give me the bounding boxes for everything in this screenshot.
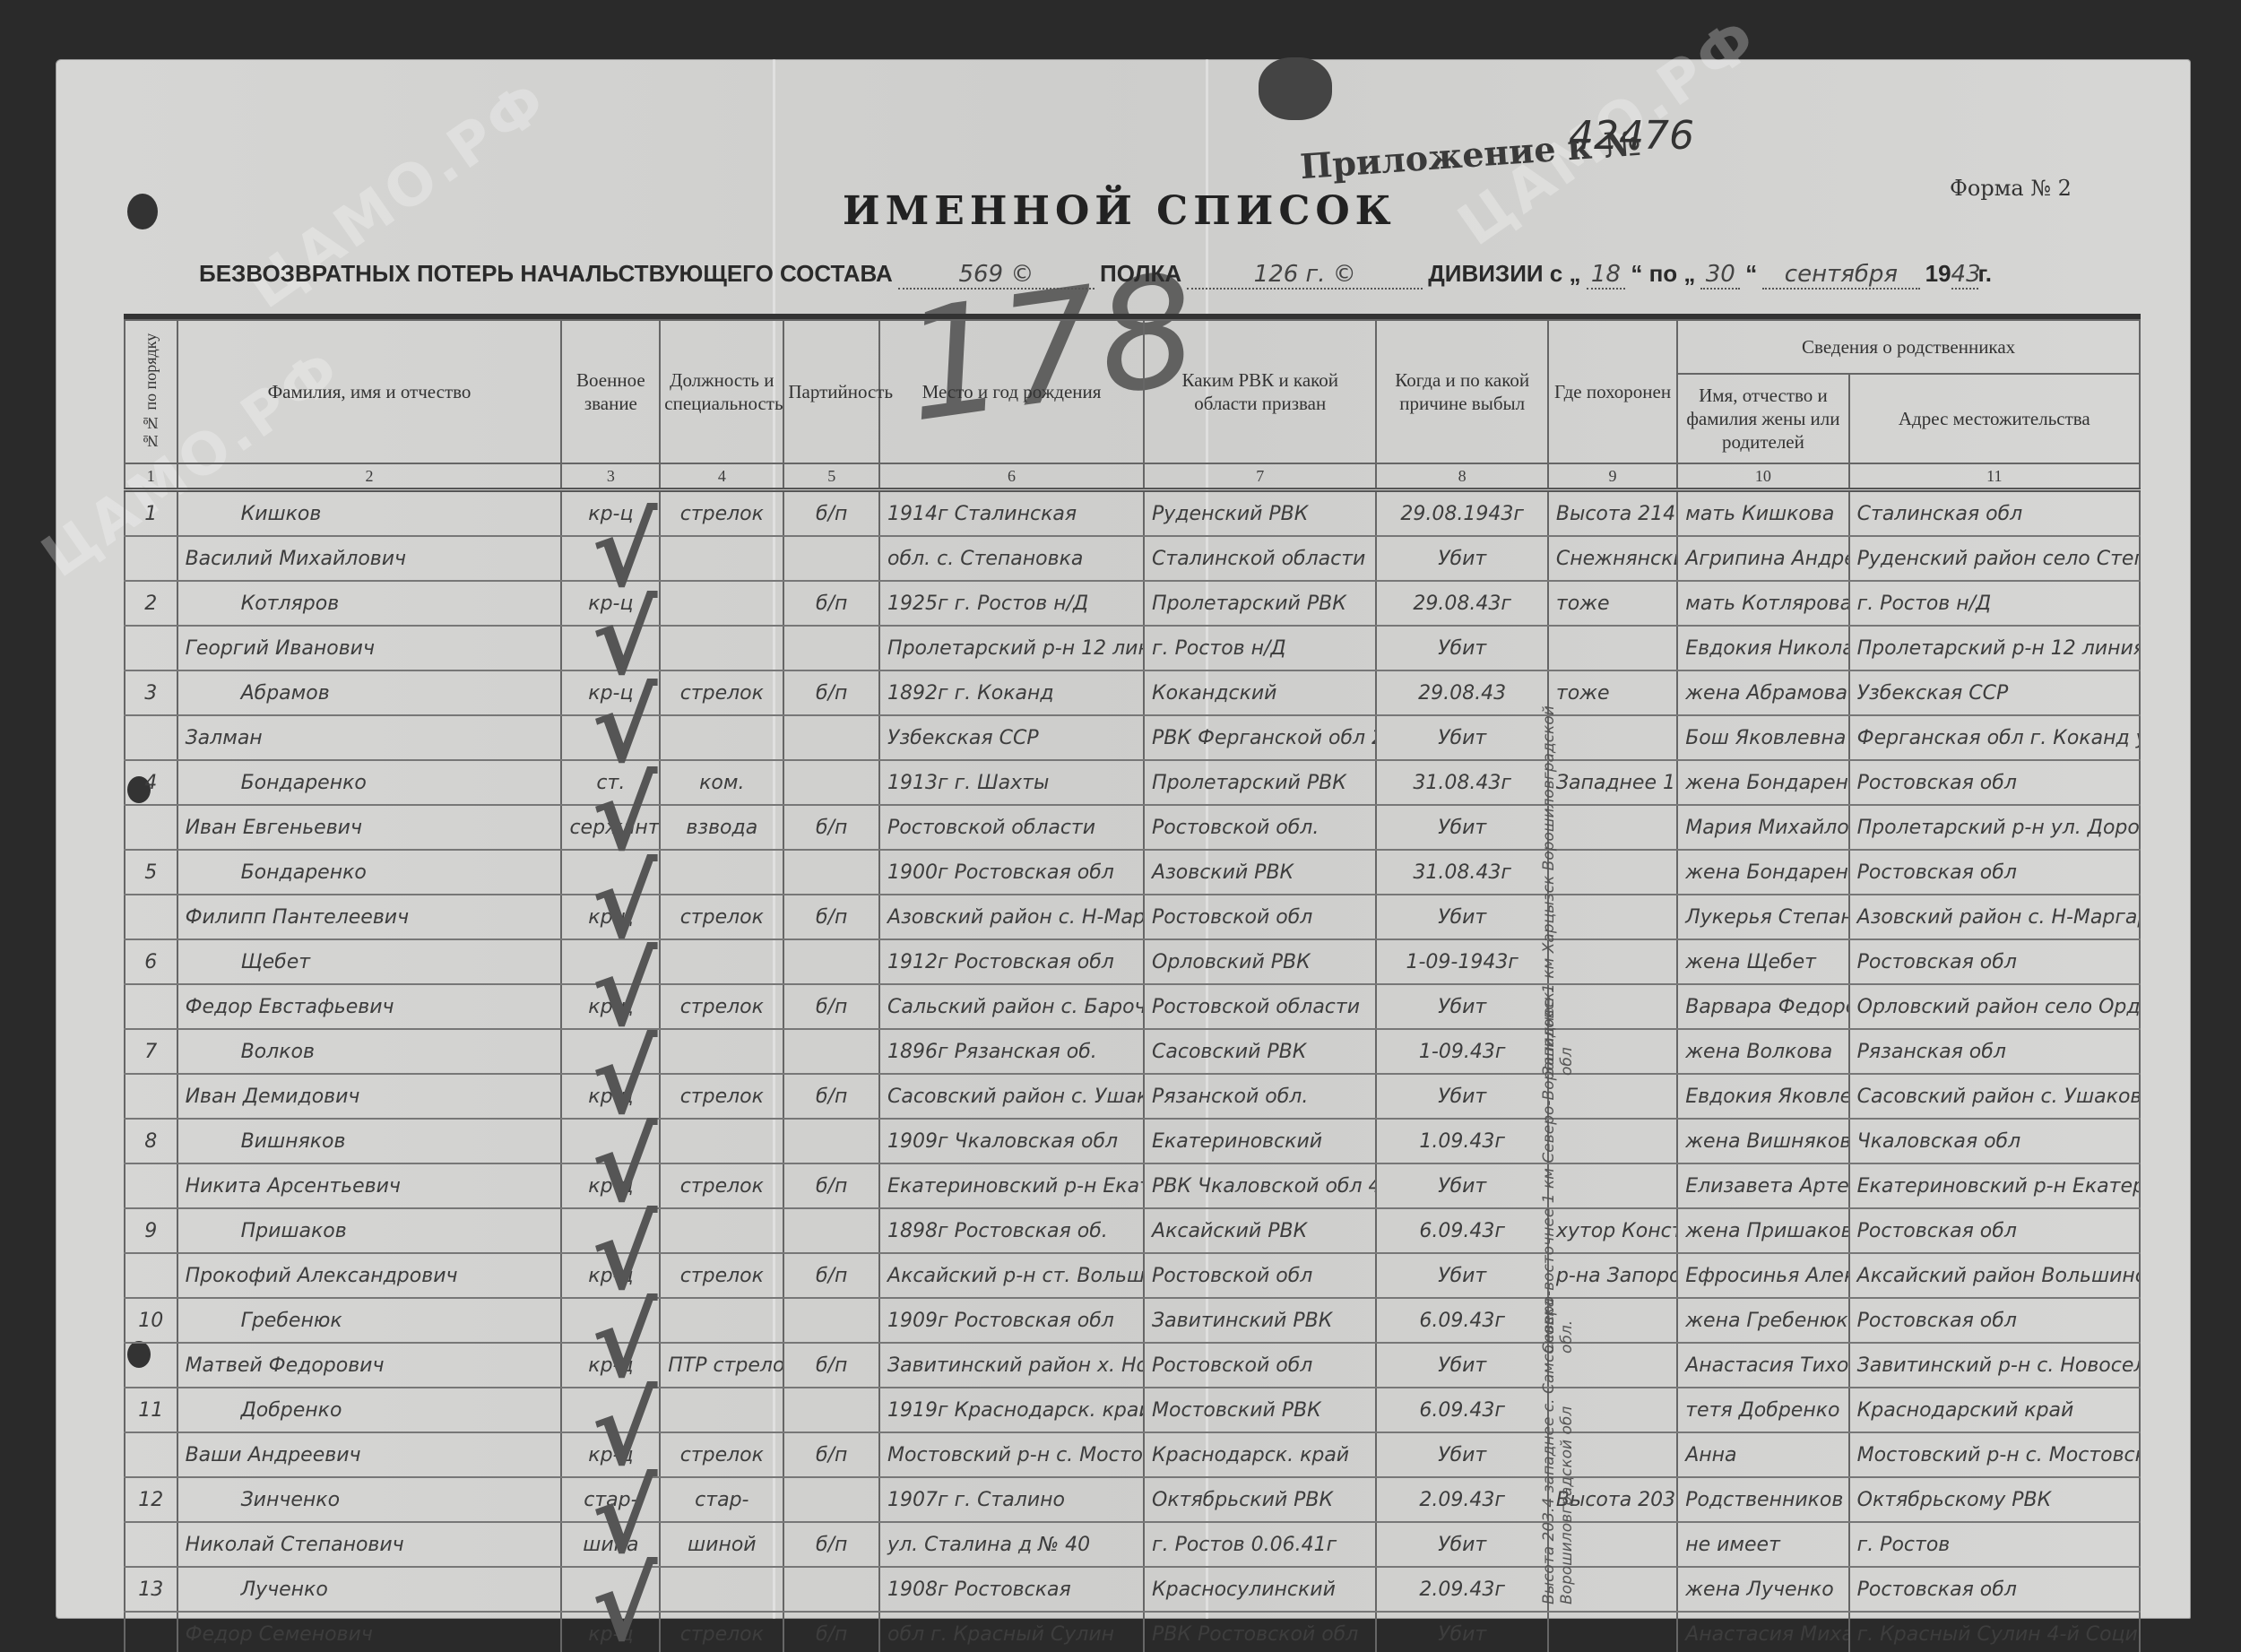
cell-date-cause: 29.08.43г — [1376, 581, 1547, 626]
cell-birth-place-year: 1913г г. Шахты — [879, 760, 1144, 805]
cell-row-number: 4 — [125, 760, 177, 805]
cell-relative-name: Агрипина Андреевна — [1677, 536, 1848, 581]
cell-birth-place-year: Узбекская ССР — [879, 715, 1144, 760]
cell-row-number: 3 — [125, 670, 177, 715]
col-header-name: Фамилия, имя и отчество — [177, 320, 562, 463]
cell-full-name: Никита Арсентьевич — [177, 1163, 562, 1208]
table-row: Матвей Федоровичкр-цПТР стрелокб/пЗавити… — [125, 1343, 2140, 1388]
stamp-number: 42476 — [1569, 113, 1694, 159]
col-num: 5 — [783, 463, 879, 490]
cell-row-number — [125, 1074, 177, 1119]
cell-party-membership — [783, 939, 879, 984]
cell-relative-address: Руденский район село Степановка — [1849, 536, 2140, 581]
cell-date-cause: 6.09.43г — [1376, 1388, 1547, 1432]
cell-full-name: Матвей Федорович — [177, 1343, 562, 1388]
cell-full-name: Вишняков — [177, 1119, 562, 1163]
cell-full-name: Абрамов — [177, 670, 562, 715]
cell-draft-office: Азовский РВК — [1144, 850, 1376, 895]
cell-row-number: 11 — [125, 1388, 177, 1432]
cell-party-membership — [783, 536, 879, 581]
cell-birth-place-year: 1896г Рязанская об. — [879, 1029, 1144, 1074]
table-row: Федор Евстафьевичкр-цстрелокб/пСальский … — [125, 984, 2140, 1029]
cell-draft-office: Екатериновский — [1144, 1119, 1376, 1163]
cell-relative-name: Евдокия Николаевна — [1677, 626, 1848, 670]
cell-relative-name: Бош Яковлевна — [1677, 715, 1848, 760]
cell-relative-name: жена Бондаренко — [1677, 850, 1848, 895]
cell-birth-place-year: Мостовский р-н с. Мостовское — [879, 1432, 1144, 1477]
col-num: 4 — [660, 463, 783, 490]
cell-date-cause: Убит — [1376, 536, 1547, 581]
cell-birth-place-year: 1909г Чкаловская обл — [879, 1119, 1144, 1163]
cell-party-membership: б/п — [783, 805, 879, 850]
cell-party-membership — [783, 1029, 879, 1074]
cell-party-membership: б/п — [783, 490, 879, 537]
col-header-buried: Где похоронен — [1548, 320, 1677, 463]
cell-draft-office: Мостовский РВК — [1144, 1388, 1376, 1432]
cell-party-membership — [783, 1388, 879, 1432]
table-row: 9Пришаков1898г Ростовская об.Аксайский Р… — [125, 1208, 2140, 1253]
cell-position: стрелок — [660, 490, 783, 537]
document-subtitle: БЕЗВОЗВРАТНЫХ ПОТЕРЬ НАЧАЛЬСТВУЮЩЕГО СОС… — [199, 260, 1992, 290]
cell-date-cause: 31.08.43г — [1376, 760, 1547, 805]
cell-relative-name: жена Щебет — [1677, 939, 1848, 984]
cell-party-membership: б/п — [783, 984, 879, 1029]
cell-birth-place-year: Сальский район с. Барочино — [879, 984, 1144, 1029]
col-num: 7 — [1144, 463, 1376, 490]
table-row: 4Бондаренкост.ком.1913г г. ШахтыПролетар… — [125, 760, 2140, 805]
regiment-field: 569 © — [898, 261, 1095, 290]
cell-relative-address: Ростовская обл — [1849, 850, 2140, 895]
cell-party-membership — [783, 1208, 879, 1253]
cell-party-membership: б/п — [783, 1612, 879, 1652]
cell-relative-name: жена Пришакова — [1677, 1208, 1848, 1253]
cell-position: стрелок — [660, 670, 783, 715]
cell-relative-address: Ростовская обл — [1849, 939, 2140, 984]
cell-position — [660, 939, 783, 984]
table-row: 5Бондаренко1900г Ростовская облАзовский … — [125, 850, 2140, 895]
cell-position — [660, 1029, 783, 1074]
cell-relative-address: Екатериновский р-н Екатериновка — [1849, 1163, 2140, 1208]
cell-relative-address: Пролетарский р-н ул. Дорожная — [1849, 805, 2140, 850]
cell-date-cause: Убит — [1376, 1253, 1547, 1298]
col-num: 8 — [1376, 463, 1547, 490]
cell-draft-office: Завитинский РВК — [1144, 1298, 1376, 1343]
cell-date-cause: 6.09.43г — [1376, 1298, 1547, 1343]
cell-date-cause: 6.09.43г — [1376, 1208, 1547, 1253]
cell-birth-place-year: Сасовский район с. Ушаково — [879, 1074, 1144, 1119]
cell-relative-name: мать Кишкова — [1677, 490, 1848, 537]
cell-relative-name: жена Волкова — [1677, 1029, 1848, 1074]
table-row: Федор Семеновичкр-цстрелокб/побл г. Крас… — [125, 1612, 2140, 1652]
cell-draft-office: г. Ростов 0.06.41г — [1144, 1522, 1376, 1567]
cell-date-cause: Убит — [1376, 1343, 1547, 1388]
cell-row-number — [125, 1253, 177, 1298]
cell-row-number — [125, 1612, 177, 1652]
cell-draft-office: РВК Ферганской обл 29-1-42г — [1144, 715, 1376, 760]
cell-date-cause: Убит — [1376, 715, 1547, 760]
cell-party-membership: б/п — [783, 1253, 879, 1298]
cell-relative-address: Краснодарский край — [1849, 1388, 2140, 1432]
cell-row-number: 6 — [125, 939, 177, 984]
col-header-party: Партийность — [783, 320, 879, 463]
cell-draft-office: Ростовской обл — [1144, 1253, 1376, 1298]
cell-row-number — [125, 1522, 177, 1567]
cell-relative-name: жена Лученко — [1677, 1567, 1848, 1612]
cell-draft-office: Ростовской обл — [1144, 1343, 1376, 1388]
cell-birth-place-year: Екатериновский р-н Екатериновка — [879, 1163, 1144, 1208]
cell-row-number: 1 — [125, 490, 177, 537]
cell-relative-address: Орловский район село Орден Ленина — [1849, 984, 2140, 1029]
cell-party-membership: б/п — [783, 1343, 879, 1388]
cell-birth-place-year: Аксайский р-н ст. Вольшинская — [879, 1253, 1144, 1298]
cell-relative-address: Ростовская обл — [1849, 1567, 2140, 1612]
cell-relative-name: жена Вишнякова — [1677, 1119, 1848, 1163]
cell-row-number: 10 — [125, 1298, 177, 1343]
cell-relative-address: Сталинская обл — [1849, 490, 2140, 537]
cell-position — [660, 850, 783, 895]
cell-birth-place-year: 1907г г. Сталино — [879, 1477, 1144, 1522]
cell-draft-office: Рязанской обл. — [1144, 1074, 1376, 1119]
cell-row-number: 9 — [125, 1208, 177, 1253]
cell-row-number: 13 — [125, 1567, 177, 1612]
cell-row-number — [125, 1343, 177, 1388]
cell-full-name: Бондаренко — [177, 760, 562, 805]
cell-full-name: Кишков — [177, 490, 562, 537]
cell-relative-name: не имеет — [1677, 1522, 1848, 1567]
cell-birth-place-year: 1909г Ростовская обл — [879, 1298, 1144, 1343]
table-row: 8Вишняков1909г Чкаловская облЕкатериновс… — [125, 1119, 2140, 1163]
table-row: Николай Степановичшинашинойб/пул. Сталин… — [125, 1522, 2140, 1567]
col-group-relatives: Сведения о родственниках — [1677, 320, 2140, 374]
cell-full-name: Щебет — [177, 939, 562, 984]
year-prefix: 19 — [1925, 260, 1951, 288]
cell-relative-name: жена Бондаренко — [1677, 760, 1848, 805]
cell-birth-place-year: ул. Сталина д № 40 — [879, 1522, 1144, 1567]
cell-full-name: Зинченко — [177, 1477, 562, 1522]
division-label: ДИВИЗИИ с „ — [1428, 260, 1580, 288]
cell-date-cause: Убит — [1376, 1163, 1547, 1208]
cell-relative-address: Ферганская обл г. Коканд ул. Машиновская… — [1849, 715, 2140, 760]
cell-position: стрелок — [660, 1253, 783, 1298]
cell-relative-address: г. Ростов н/Д — [1849, 581, 2140, 626]
table-row: 12Зинченкостар-стар-1907г г. СталиноОктя… — [125, 1477, 2140, 1522]
cell-draft-office: Октябрьский РВК — [1144, 1477, 1376, 1522]
cell-draft-office: Кокандский — [1144, 670, 1376, 715]
year-unit: г. — [1978, 260, 1992, 288]
cell-row-number — [125, 805, 177, 850]
cell-draft-office: Руденский РВК — [1144, 490, 1376, 537]
cell-date-cause: 29.08.43 — [1376, 670, 1547, 715]
cell-position — [660, 1119, 783, 1163]
table-row: 6Щебет1912г Ростовская облОрловский РВК1… — [125, 939, 2140, 984]
cell-full-name: Иван Демидович — [177, 1074, 562, 1119]
cell-draft-office: Пролетарский РВК — [1144, 581, 1376, 626]
table-row: ЗалманУзбекская ССРРВК Ферганской обл 29… — [125, 715, 2140, 760]
cell-row-number: 8 — [125, 1119, 177, 1163]
cell-birth-place-year: 1900г Ростовская обл — [879, 850, 1144, 895]
table-row: Ваши Андреевичкр-цстрелокб/пМостовский р… — [125, 1432, 2140, 1477]
table-row: 10Гребенюк1909г Ростовская облЗавитински… — [125, 1298, 2140, 1343]
cell-position: стрелок — [660, 1432, 783, 1477]
cell-draft-office: г. Ростов н/Д — [1144, 626, 1376, 670]
cell-position: стрелок — [660, 1612, 783, 1652]
subtitle-prefix: БЕЗВОЗВРАТНЫХ ПОТЕРЬ НАЧАЛЬСТВУЮЩЕГО СОС… — [199, 260, 893, 288]
cell-draft-office: Орловский РВК — [1144, 939, 1376, 984]
cell-relative-address: Мостовский р-н с. Мостовское — [1849, 1432, 2140, 1477]
cell-relative-address: Пролетарский р-н 12 линия 42/49 — [1849, 626, 2140, 670]
cell-relative-address: г. Красный Сулин 4-й Социалистич. пер — [1849, 1612, 2140, 1652]
cell-burial-place: Снежнянский р-н Ворошил. об. — [1548, 536, 1677, 581]
cell-relative-name: Варвара Федоровна — [1677, 984, 1848, 1029]
col-header-number: №№ по порядку — [125, 320, 177, 463]
cell-date-cause: 31.08.43г — [1376, 850, 1547, 895]
cell-row-number: 12 — [125, 1477, 177, 1522]
cell-draft-office: Пролетарский РВК — [1144, 760, 1376, 805]
cell-relative-address: Аксайский район Вольшинская х. Маркин — [1849, 1253, 2140, 1298]
col-header-birth: Место и год рождения — [879, 320, 1144, 463]
cell-full-name: Бондаренко — [177, 850, 562, 895]
cell-full-name: Ваши Андреевич — [177, 1432, 562, 1477]
cell-full-name: Гребенюк — [177, 1298, 562, 1343]
cell-relative-address: Азовский район с. Н-Маргаритовка — [1849, 895, 2140, 939]
cell-relative-address: Ростовская обл — [1849, 760, 2140, 805]
cell-draft-office: Ростовской обл — [1144, 895, 1376, 939]
cell-position: ПТР стрелок — [660, 1343, 783, 1388]
cell-full-name: Николай Степанович — [177, 1522, 562, 1567]
cell-birth-place-year: 1892г г. Коканд — [879, 670, 1144, 715]
cell-relative-address: Рязанская обл — [1849, 1029, 2140, 1074]
document-title: ИМЕННОЙ СПИСОК — [843, 188, 1397, 234]
cell-row-number: 7 — [125, 1029, 177, 1074]
cell-relative-address: Ростовская обл — [1849, 1298, 2140, 1343]
cell-relative-name: жена Абрамова — [1677, 670, 1848, 715]
cell-relative-address: Октябрьскому РВК — [1849, 1477, 2140, 1522]
cell-party-membership: б/п — [783, 1074, 879, 1119]
cell-relative-name: Родственников — [1677, 1477, 1848, 1522]
cell-row-number — [125, 715, 177, 760]
cell-draft-office: РВК Чкаловской обл 4-09-1941г — [1144, 1163, 1376, 1208]
cell-party-membership — [783, 626, 879, 670]
cell-position — [660, 1567, 783, 1612]
cell-relative-name: Лукерья Степановна — [1677, 895, 1848, 939]
cell-full-name: Иван Евгеньевич — [177, 805, 562, 850]
cell-row-number: 5 — [125, 850, 177, 895]
col-num: 1 — [125, 463, 177, 490]
table-row: Георгий ИвановичПролетарский р-н 12 лини… — [125, 626, 2140, 670]
cell-position — [660, 1388, 783, 1432]
table-row: 3Абрамовкр-цстрелокб/п1892г г. КокандКок… — [125, 670, 2140, 715]
cell-burial-place: тоже — [1548, 581, 1677, 626]
cell-burial-place: Высота 214.0 северо Ровенских — [1548, 490, 1677, 537]
table-row: Василий Михайловичобл. с. СтепановкаСтал… — [125, 536, 2140, 581]
cell-draft-office: РВК Ростовской обл — [1144, 1612, 1376, 1652]
cell-birth-place-year: Азовский район с. Н-Маргаритовка — [879, 895, 1144, 939]
cell-relative-address: Чкаловская обл — [1849, 1119, 2140, 1163]
cell-full-name: Добренко — [177, 1388, 562, 1432]
cell-relative-address: Ростовская обл — [1849, 1208, 2140, 1253]
cell-date-cause: Убит — [1376, 626, 1547, 670]
date-from-field: 18 — [1587, 261, 1626, 290]
col-num: 2 — [177, 463, 562, 490]
table-row: 2Котляровкр-цб/п1925г г. Ростов н/ДПроле… — [125, 581, 2140, 626]
cell-birth-place-year: 1912г Ростовская обл — [879, 939, 1144, 984]
cell-full-name: Котляров — [177, 581, 562, 626]
cell-birth-place-year: Пролетарский р-н 12 линия 42/49 — [879, 626, 1144, 670]
cell-row-number — [125, 1432, 177, 1477]
cell-full-name: Федор Евстафьевич — [177, 984, 562, 1029]
cell-date-cause: Убит — [1376, 1432, 1547, 1477]
cell-full-name: Василий Михайлович — [177, 536, 562, 581]
cell-party-membership: б/п — [783, 1432, 879, 1477]
cell-party-membership: б/п — [783, 1163, 879, 1208]
cell-draft-office: Сасовский РВК — [1144, 1029, 1376, 1074]
cell-party-membership: б/п — [783, 1522, 879, 1567]
cell-full-name: Прокофий Александрович — [177, 1253, 562, 1298]
cell-position: взвода — [660, 805, 783, 850]
check-mark-icon: √ — [592, 1556, 657, 1652]
date-to-label: “ по „ — [1631, 260, 1695, 288]
regiment-label: ПОЛКА — [1100, 260, 1181, 288]
cell-date-cause: Убит — [1376, 984, 1547, 1029]
col-header-rank: Военное звание — [561, 320, 660, 463]
cell-relative-address: г. Ростов — [1849, 1522, 2140, 1567]
table-row: 7Волков1896г Рязанская об.Сасовский РВК1… — [125, 1029, 2140, 1074]
cell-full-name: Филипп Пантелеевич — [177, 895, 562, 939]
cell-relative-name: Ефросинья Алексеевна — [1677, 1253, 1848, 1298]
form-number: Форма № 2 — [1950, 176, 2072, 201]
cell-full-name: Волков — [177, 1029, 562, 1074]
cell-party-membership — [783, 715, 879, 760]
cell-row-number — [125, 895, 177, 939]
cell-full-name: Пришаков — [177, 1208, 562, 1253]
cell-draft-office: Краснодарск. край — [1144, 1432, 1376, 1477]
cell-relative-name: Елизавета Артемовна — [1677, 1163, 1848, 1208]
cell-position — [660, 626, 783, 670]
cell-party-membership — [783, 1477, 879, 1522]
cell-row-number — [125, 536, 177, 581]
cell-position — [660, 1298, 783, 1343]
cell-date-cause: 2.09.43г — [1376, 1567, 1547, 1612]
cell-relative-name: тетя Добренко — [1677, 1388, 1848, 1432]
cell-full-name: Залман — [177, 715, 562, 760]
cell-party-membership — [783, 760, 879, 805]
table-row: 11Добренко1919г Краснодарск. крайМостовс… — [125, 1388, 2140, 1432]
cell-date-cause: Убит — [1376, 1074, 1547, 1119]
cell-position: ком. — [660, 760, 783, 805]
cell-date-cause: Убит — [1376, 1522, 1547, 1567]
cell-row-number — [125, 1163, 177, 1208]
cell-position: стрелок — [660, 1074, 783, 1119]
cell-date-cause: 1-09.43г — [1376, 1029, 1547, 1074]
cell-position — [660, 715, 783, 760]
cell-row-number: 2 — [125, 581, 177, 626]
table-row: 13Лученко1908г РостовскаяКрасносулинский… — [125, 1567, 2140, 1612]
division-field: 126 г. © — [1187, 261, 1423, 290]
cell-birth-place-year: 1925г г. Ростов н/Д — [879, 581, 1144, 626]
cell-relative-name: Анна — [1677, 1432, 1848, 1477]
punch-hole — [127, 194, 158, 229]
cell-relative-name: Анастасия Михайловна — [1677, 1612, 1848, 1652]
col-num: 10 — [1677, 463, 1848, 490]
cell-full-name: Лученко — [177, 1567, 562, 1612]
cell-draft-office: Сталинской области — [1144, 536, 1376, 581]
col-header-kin: Имя, отчество и фамилия жены или родител… — [1677, 374, 1848, 463]
col-header-post: Должность и специальность — [660, 320, 783, 463]
cell-draft-office: Красносулинский — [1144, 1567, 1376, 1612]
cell-draft-office: Аксайский РВК — [1144, 1208, 1376, 1253]
col-header-when: Когда и по какой причине выбыл — [1376, 320, 1547, 463]
col-header-address: Адрес местожительства — [1849, 374, 2140, 463]
cell-relative-address: Сасовский район с. Ушаково — [1849, 1074, 2140, 1119]
cell-date-cause: Убит — [1376, 1612, 1547, 1652]
cell-full-name: Георгий Иванович — [177, 626, 562, 670]
month-field: сентября — [1762, 261, 1919, 290]
table-row: Филипп Пантелеевичкр-цстрелокб/пАзовский… — [125, 895, 2140, 939]
cell-burial-place — [1548, 1612, 1677, 1652]
col-num: 3 — [561, 463, 660, 490]
cell-date-cause: Убит — [1376, 805, 1547, 850]
cell-position: стрелок — [660, 984, 783, 1029]
cell-party-membership — [783, 850, 879, 895]
cell-birth-place-year: 1919г Краснодарск. край — [879, 1388, 1144, 1432]
cell-relative-address: Узбекская ССР — [1849, 670, 2140, 715]
cell-position: стрелок — [660, 895, 783, 939]
cell-burial-place — [1548, 626, 1677, 670]
col-num: 11 — [1849, 463, 2140, 490]
cell-relative-name: Мария Михайловна — [1677, 805, 1848, 850]
cell-relative-name: Анастасия Тихоновна — [1677, 1343, 1848, 1388]
cell-relative-name: мать Котлярова — [1677, 581, 1848, 626]
losses-table: №№ по порядку Фамилия, имя и отчество Во… — [124, 314, 2141, 1652]
cell-birth-place-year: обл г. Красный Сулин — [879, 1612, 1144, 1652]
cell-date-cause: 29.08.1943г — [1376, 490, 1547, 537]
cell-relative-address: Завитинский р-н с. Новоселовка — [1849, 1343, 2140, 1388]
cell-birth-place-year: Завитинский район х. Новоселовка — [879, 1343, 1144, 1388]
cell-party-membership — [783, 1298, 879, 1343]
cell-date-cause: Убит — [1376, 895, 1547, 939]
cell-position: стар- — [660, 1477, 783, 1522]
cell-row-number — [125, 984, 177, 1029]
date-to-field: 30 — [1700, 261, 1740, 290]
table-row: Никита Арсентьевичкр-цстрелокб/пЕкатерин… — [125, 1163, 2140, 1208]
cell-party-membership — [783, 1567, 879, 1612]
cell-birth-place-year: Ростовской области — [879, 805, 1144, 850]
cell-party-membership: б/п — [783, 895, 879, 939]
cell-draft-office: Ростовской обл. — [1144, 805, 1376, 850]
cell-row-number — [125, 626, 177, 670]
cell-relative-name: жена Гребенюк — [1677, 1298, 1848, 1343]
column-number-row: 1 2 3 4 5 6 7 8 9 10 11 — [125, 463, 2140, 490]
cell-full-name: Федор Семенович — [177, 1612, 562, 1652]
cell-birth-place-year: 1908г Ростовская — [879, 1567, 1144, 1612]
cell-party-membership: б/п — [783, 581, 879, 626]
col-num: 9 — [1548, 463, 1677, 490]
cell-position — [660, 581, 783, 626]
cell-date-cause: 2.09.43г — [1376, 1477, 1547, 1522]
table-row: Иван Евгеньевичсержантвзводаб/пРостовско… — [125, 805, 2140, 850]
cell-position — [660, 1208, 783, 1253]
cell-position: шиной — [660, 1522, 783, 1567]
month-sep: “ — [1745, 260, 1757, 288]
cell-position — [660, 536, 783, 581]
cell-date-cause: 1-09-1943г — [1376, 939, 1547, 984]
cell-birth-place-year: 1914г Сталинская — [879, 490, 1144, 537]
table-row: 1Кишковкр-цстрелокб/п1914г СталинскаяРуд… — [125, 490, 2140, 537]
burial-note: Высота 203.4 западнее с. Самсоновка Воро… — [1540, 1246, 1576, 1604]
cell-party-membership: б/п — [783, 670, 879, 715]
cell-date-cause: 1.09.43г — [1376, 1119, 1547, 1163]
cell-party-membership — [783, 1119, 879, 1163]
